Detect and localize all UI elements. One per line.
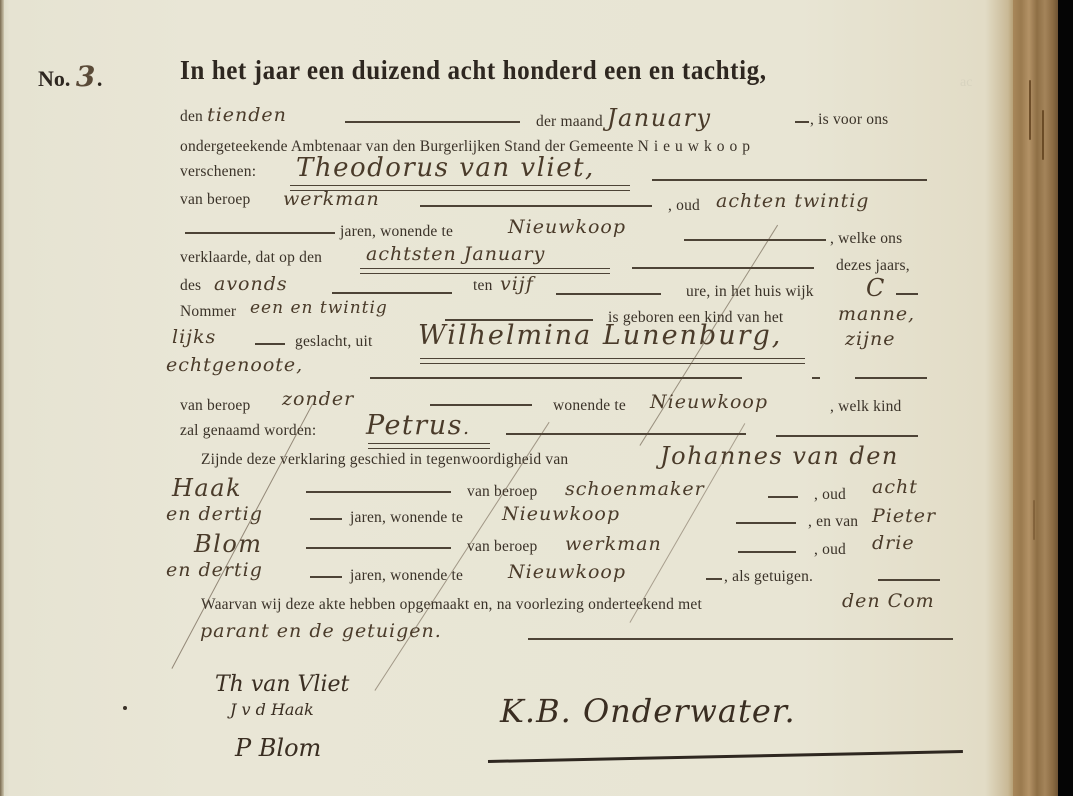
fill-rule bbox=[776, 435, 918, 437]
page-title: In het jaar een duizend acht honderd een… bbox=[180, 55, 767, 86]
label-dezes-jaars: dezes jaars, bbox=[836, 257, 910, 275]
label-ten: ten bbox=[473, 277, 493, 295]
fill-rule bbox=[345, 121, 520, 123]
hw-declarant-occupation-wrap: werkman bbox=[283, 188, 380, 210]
label-oud-3: , oud bbox=[814, 541, 846, 559]
hw-house-number: een en twintig bbox=[250, 298, 388, 318]
fill-rule bbox=[706, 578, 722, 580]
line-month: der maand January bbox=[536, 104, 712, 132]
hw-witness1-occupation: schoenmaker bbox=[565, 478, 705, 500]
label-des: des bbox=[180, 277, 201, 295]
label-is-voor-ons: , is voor ons bbox=[810, 111, 888, 129]
hw-witness2-age-part1: drie bbox=[872, 532, 915, 554]
signature-official: K.B. Onderwater. bbox=[500, 692, 796, 730]
fill-rule bbox=[332, 292, 452, 294]
hw-echtgenoote: echtgenoote, bbox=[166, 354, 303, 376]
number-label: No. bbox=[38, 66, 70, 91]
hw-witness2-name-part1: Pieter bbox=[872, 505, 936, 527]
label-gemeente: Nieuwkoop bbox=[638, 138, 755, 155]
hw-house-number-wrap: een en twintig bbox=[250, 298, 388, 318]
label-van-beroep-1: van beroep bbox=[180, 191, 250, 209]
hw-witness2-residence: Nieuwkoop bbox=[508, 561, 626, 583]
hw-declarant-age: achten twintig bbox=[716, 190, 869, 212]
label-verschenen: verschenen: bbox=[180, 163, 256, 181]
label-als-getuigen: , als getuigen. bbox=[724, 568, 813, 586]
hw-sex-part2: lijks bbox=[172, 326, 216, 348]
hw-witness1-age-part1: acht bbox=[872, 476, 918, 498]
hw-witness1-name-part1-wrap: Johannes van den bbox=[660, 442, 899, 470]
label-jaren-wonende-2: jaren, wonende te bbox=[350, 509, 463, 527]
fill-rule bbox=[768, 496, 798, 498]
child-name-underline bbox=[368, 443, 490, 449]
hw-time-of-day: avonds bbox=[214, 273, 288, 295]
hw-witness1-age-part1-wrap: acht bbox=[872, 476, 918, 498]
page-left-edge bbox=[0, 0, 4, 796]
label-van-beroep-2: van beroep bbox=[180, 397, 250, 415]
hw-zijne-wrap: zijne bbox=[845, 328, 895, 350]
hw-mother-occupation: zonder bbox=[282, 388, 354, 410]
line-date: den tienden bbox=[180, 104, 287, 126]
label-oud-1: , oud bbox=[668, 197, 700, 215]
hw-wijk-wrap: C bbox=[866, 274, 886, 302]
fill-rule bbox=[255, 343, 285, 345]
label-der-maand: der maand bbox=[536, 113, 603, 130]
hw-mother-occupation-wrap: zonder bbox=[282, 388, 354, 410]
fill-rule bbox=[370, 377, 742, 379]
label-van-beroep-4: van beroep bbox=[467, 538, 537, 556]
fill-rule bbox=[855, 377, 927, 379]
fill-rule bbox=[556, 293, 661, 295]
hw-sex-part1: manne, bbox=[838, 303, 915, 325]
label-welke-ons: , welke ons bbox=[830, 230, 902, 248]
hw-declarant-name: Theodorus van vliet, bbox=[296, 153, 595, 183]
bleed-through-text: ac bbox=[960, 75, 972, 91]
signature-declarant: Th van Vliet bbox=[215, 672, 349, 697]
hw-witness1-residence: Nieuwkoop bbox=[502, 503, 620, 525]
label-welk-kind: , welk kind bbox=[830, 398, 902, 416]
label-jaren-wonende-1: jaren, wonende te bbox=[340, 223, 453, 241]
binding-streak bbox=[1042, 110, 1044, 160]
signature-witness2: P Blom bbox=[235, 734, 321, 762]
fill-rule bbox=[736, 522, 796, 524]
label-verklaarde: verklaarde, dat op den bbox=[180, 249, 322, 267]
fill-rule bbox=[795, 121, 809, 123]
hw-birth-date: achtsten January bbox=[366, 243, 545, 265]
hw-zijne: zijne bbox=[845, 328, 895, 350]
fill-rule bbox=[652, 179, 927, 181]
hw-hour-wrap: vijf bbox=[500, 273, 534, 295]
hw-time-of-day-wrap: avonds bbox=[214, 273, 288, 295]
hw-sex-part2-wrap: lijks bbox=[172, 326, 216, 348]
label-jaren-wonende-3: jaren, wonende te bbox=[350, 567, 463, 585]
hw-witness1-occupation-wrap: schoenmaker bbox=[565, 478, 705, 500]
hw-mother-name: Wilhelmina Lunenburg, bbox=[418, 320, 782, 351]
hw-witness2-age-part2-wrap: en dertig bbox=[166, 559, 263, 581]
hw-child-name-wrap: Petrus. bbox=[366, 410, 470, 441]
fill-rule bbox=[632, 267, 814, 269]
hw-witness2-name-part2-wrap: Blom bbox=[194, 530, 263, 558]
ink-dot bbox=[123, 706, 127, 710]
binding-streak bbox=[1029, 80, 1031, 140]
number-value: 3 bbox=[76, 60, 97, 93]
hw-signed-with-part1: den Com bbox=[842, 590, 935, 612]
hw-witness1-name-part1: Johannes van den bbox=[660, 442, 899, 470]
label-waarvan: Waarvan wij deze akte hebben opgemaakt e… bbox=[201, 596, 702, 614]
hw-witness2-name-part1-wrap: Pieter bbox=[872, 505, 936, 527]
hw-day: tienden bbox=[207, 104, 287, 126]
hw-witness2-name-part2: Blom bbox=[194, 530, 263, 558]
label-geslacht-uit: geslacht, uit bbox=[295, 333, 373, 351]
fill-rule bbox=[310, 576, 342, 578]
mother-name-underline bbox=[420, 358, 805, 364]
hw-echtgenoote-wrap: echtgenoote, bbox=[166, 354, 303, 376]
label-ure: ure, in het huis wijk bbox=[686, 283, 814, 301]
label-en-van: , en van bbox=[808, 513, 858, 531]
hw-month: January bbox=[607, 104, 712, 132]
hw-witness1-name-part2: Haak bbox=[172, 474, 242, 502]
hw-sex-part1-wrap: manne, bbox=[838, 303, 915, 325]
signature-underline bbox=[488, 750, 963, 762]
scan-border bbox=[1058, 0, 1073, 796]
hw-witness2-age-part2: en dertig bbox=[166, 559, 263, 581]
hw-witness1-residence-wrap: Nieuwkoop bbox=[502, 503, 620, 525]
register-page: ac No. 3. In het jaar een duizend acht h… bbox=[0, 0, 1014, 796]
fill-rule bbox=[430, 404, 532, 406]
hw-witness2-occupation-wrap: werkman bbox=[565, 533, 662, 555]
fill-rule bbox=[420, 205, 652, 207]
label-zal-genaamd: zal genaamd worden: bbox=[180, 422, 316, 440]
fill-rule bbox=[528, 638, 953, 640]
hw-declarant-occupation: werkman bbox=[283, 188, 380, 210]
fill-rule bbox=[185, 232, 335, 234]
hw-mother-name-wrap: Wilhelmina Lunenburg, bbox=[418, 320, 782, 351]
birth-date-underline bbox=[360, 268, 610, 274]
label-zijnde: Zijnde deze verklaring geschied in tegen… bbox=[201, 451, 568, 469]
hw-signed-with-part2: parant en de getuigen. bbox=[200, 620, 442, 642]
hw-declarant-name-wrap: Theodorus van vliet, bbox=[296, 153, 595, 183]
fill-rule bbox=[812, 377, 820, 379]
signature-witness1: J v d Haak bbox=[230, 700, 314, 719]
fill-rule bbox=[896, 293, 918, 295]
book-binding-edge bbox=[1013, 0, 1058, 796]
hw-declarant-residence: Nieuwkoop bbox=[508, 216, 626, 238]
hw-signed-with-part1-wrap: den Com bbox=[842, 590, 935, 612]
entry-number: No. 3. bbox=[38, 60, 102, 93]
hw-wijk: C bbox=[866, 274, 886, 302]
fill-rule bbox=[738, 551, 796, 553]
fill-rule bbox=[306, 547, 451, 549]
fill-rule bbox=[684, 239, 826, 241]
hw-birth-date-wrap: achtsten January bbox=[366, 243, 545, 265]
hw-witness2-age-part1-wrap: drie bbox=[872, 532, 915, 554]
hw-witness2-residence-wrap: Nieuwkoop bbox=[508, 561, 626, 583]
label-wonende-te: wonende te bbox=[553, 397, 626, 415]
binding-streak bbox=[1033, 500, 1035, 540]
label-oud-2: , oud bbox=[814, 486, 846, 504]
hw-child-name: Petrus bbox=[366, 410, 463, 441]
hw-witness1-name-part2-wrap: Haak bbox=[172, 474, 242, 502]
fill-rule bbox=[310, 518, 342, 520]
fill-rule bbox=[306, 491, 451, 493]
hw-signed-with-part2-wrap: parant en de getuigen. bbox=[200, 620, 442, 642]
label-nommer: Nommer bbox=[180, 303, 236, 321]
hw-witness2-occupation: werkman bbox=[565, 533, 662, 555]
hw-declarant-residence-wrap: Nieuwkoop bbox=[508, 216, 626, 238]
label-den: den bbox=[180, 108, 203, 125]
fill-rule bbox=[878, 579, 940, 581]
hw-hour: vijf bbox=[500, 273, 534, 295]
hw-declarant-age-wrap: achten twintig bbox=[716, 190, 869, 212]
